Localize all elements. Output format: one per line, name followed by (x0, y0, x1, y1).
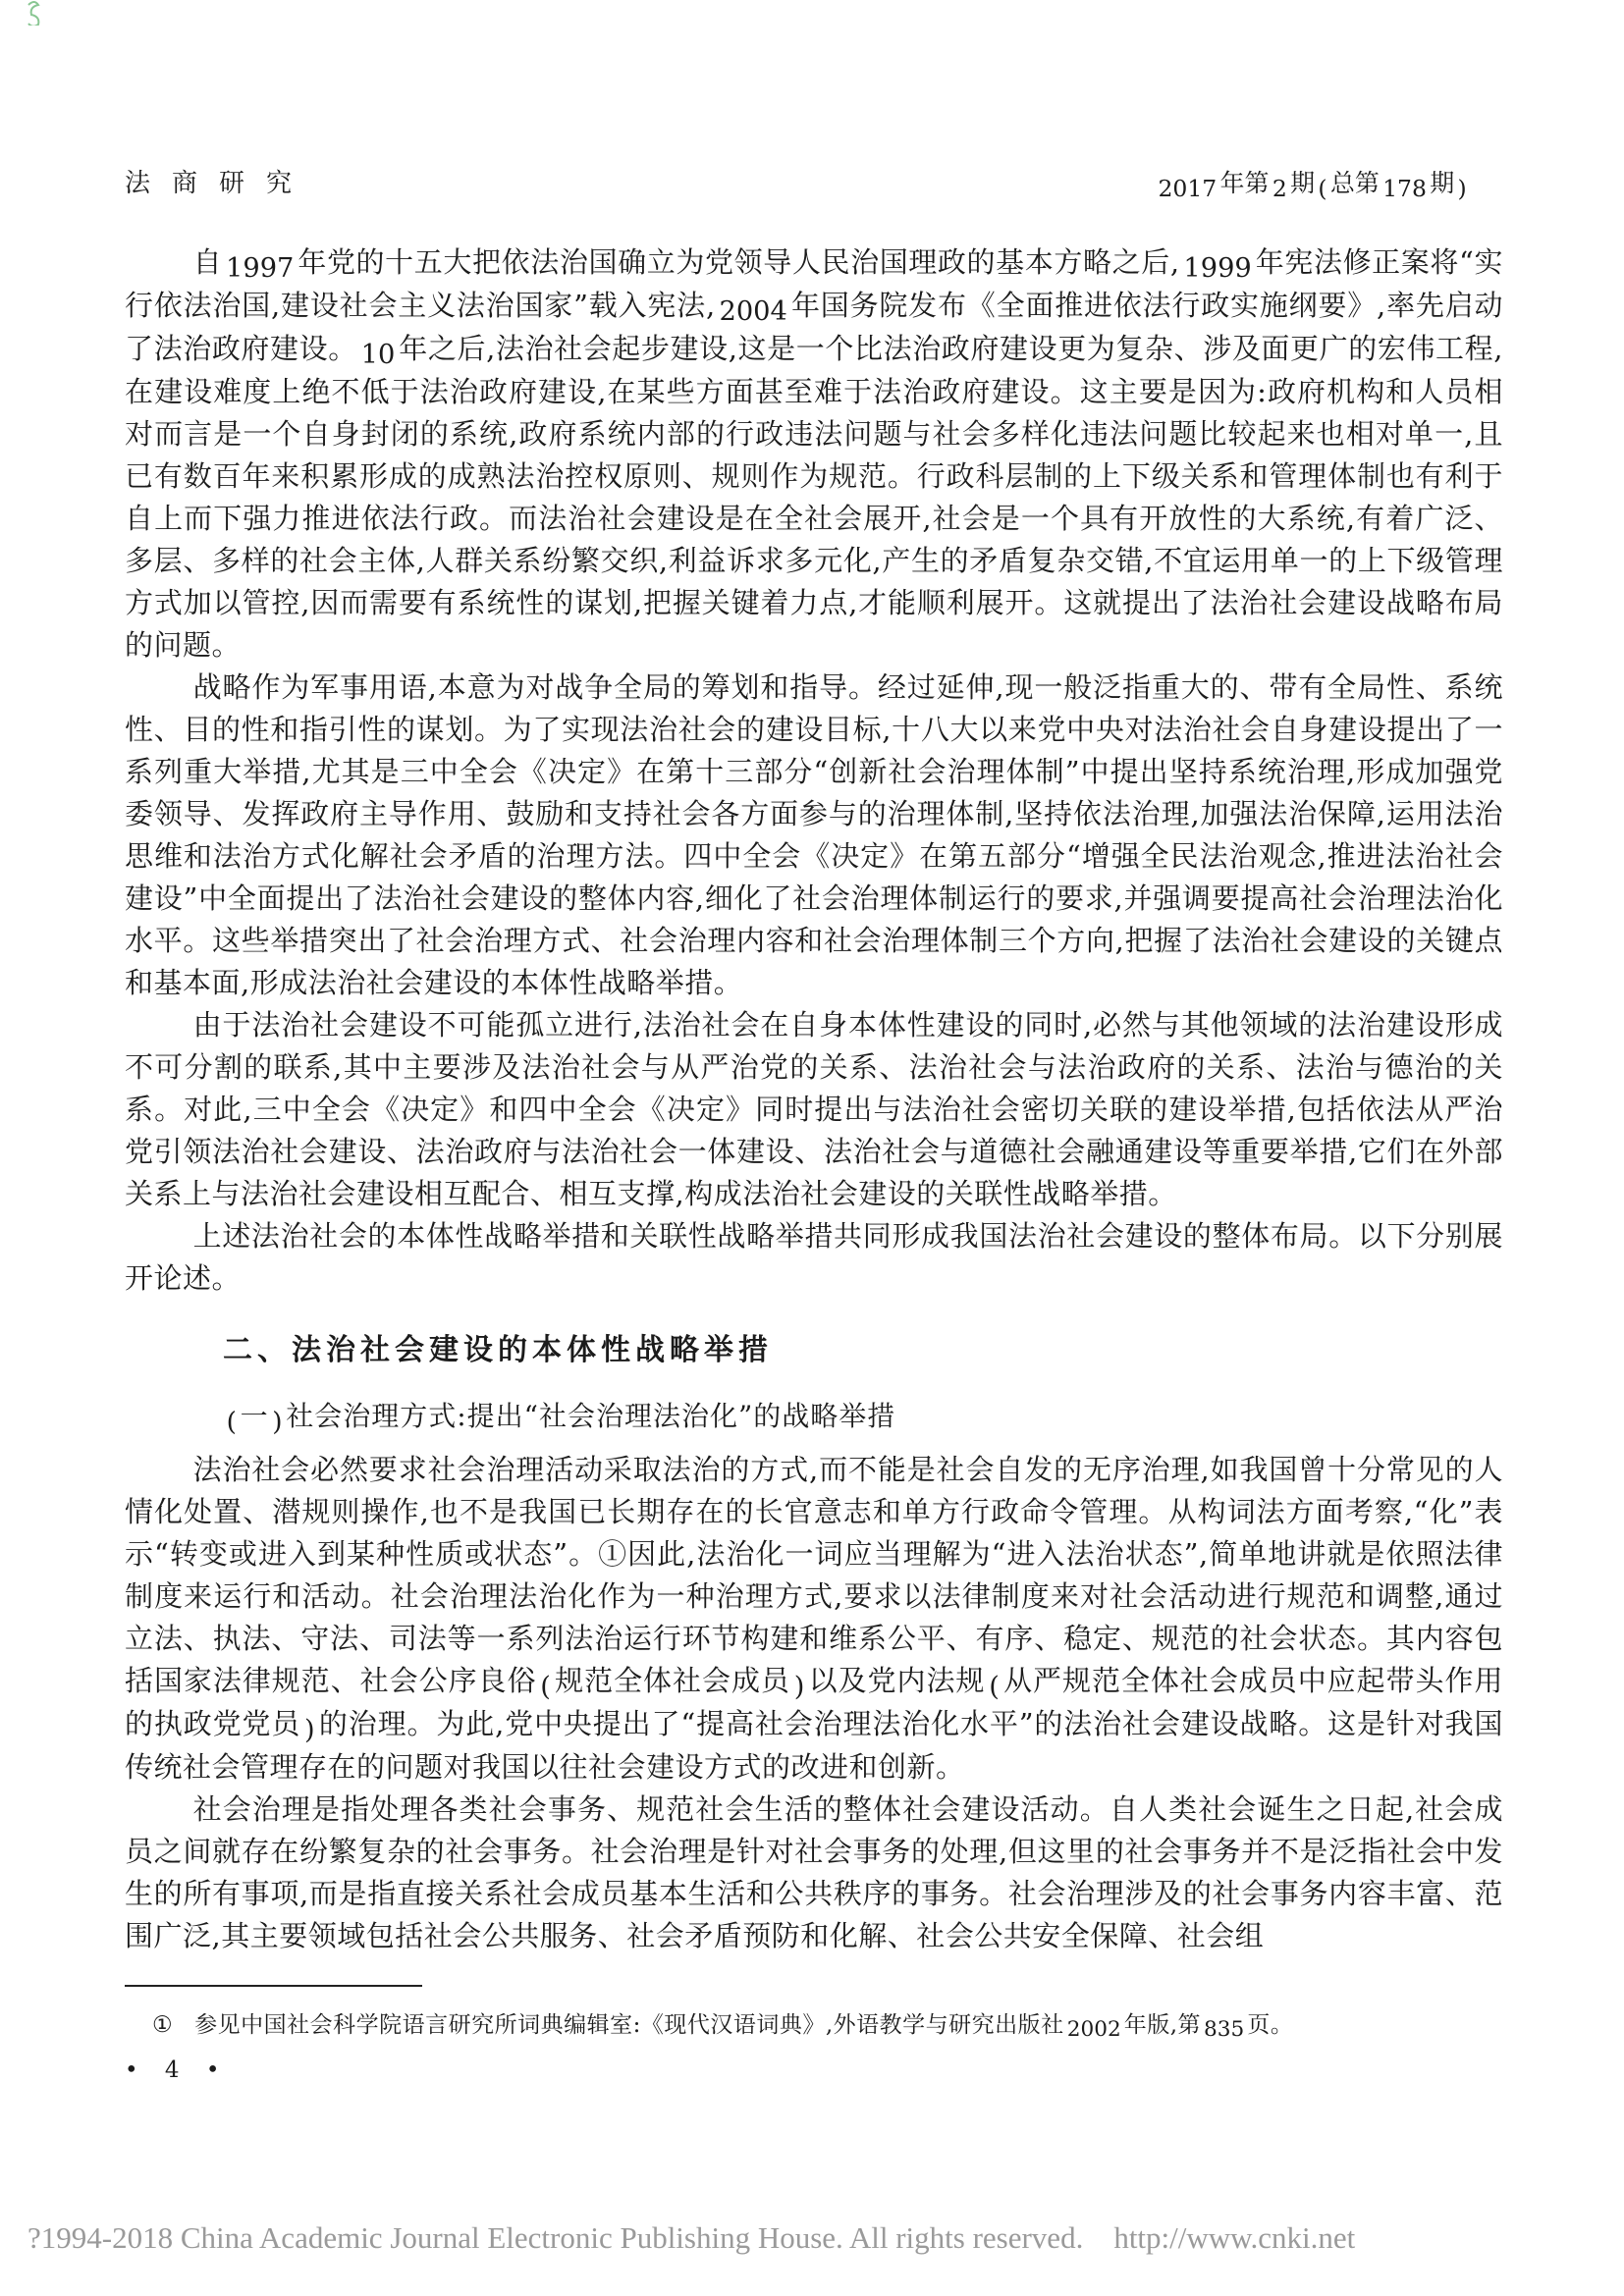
article-body: 自1997年党的十五大把依法治国确立为党领导人民治国理政的基本方略之后,1999… (125, 241, 1503, 1957)
paragraph: 法治社会必然要求社会治理活动采取法治的方式,而不能是社会自发的无序治理,如我国曾… (125, 1449, 1503, 1789)
document-page: 法商研究 2017年第2期(总第178期) 自1997年党的十五大把依法治国确立… (0, 0, 1624, 2296)
scan-artifact-icon (24, 0, 43, 29)
copyright-watermark: ?1994-2018 China Academic Journal Electr… (27, 2220, 1355, 2256)
paragraph: 上述法治社会的本体性战略举措和关联性战略举措共同形成我国法治社会建设的整体布局。… (125, 1215, 1503, 1300)
paragraph: 战略作为军事用语,本意为对战争全局的筹划和指导。经过延伸,现一般泛指重大的、带有… (125, 667, 1503, 1004)
section-heading: 二、法治社会建设的本体性战略举措 (125, 1329, 1503, 1371)
subsection-heading: (一)社会治理方式:提出“社会治理法治化”的战略举措 (125, 1395, 1503, 1439)
paragraph: 自1997年党的十五大把依法治国确立为党领导人民治国理政的基本方略之后,1999… (125, 241, 1503, 667)
footnote-marker: ① (152, 2012, 173, 2038)
page-number: • 4 • (125, 2057, 229, 2083)
footnote-separator (125, 1985, 422, 1987)
paragraph: 由于法治社会建设不可能孤立进行,法治社会在自身本体性建设的同时,必然与其他领域的… (125, 1004, 1503, 1215)
footnote-text: 参见中国社会科学院语言研究所词典编辑室:《现代汉语词典》,外语教学与研究出版社2… (194, 2012, 1293, 2038)
page-header: 法商研究 2017年第2期(总第178期) (125, 163, 1503, 199)
footnote: ①参见中国社会科学院语言研究所词典编辑室:《现代汉语词典》,外语教学与研究出版社… (125, 2008, 1531, 2043)
paragraph: 社会治理是指处理各类社会事务、规范社会生活的整体社会建设活动。自人类社会诞生之日… (125, 1789, 1503, 1957)
journal-title: 法商研究 (125, 163, 313, 199)
issue-info: 2017年第2期(总第178期) (1155, 164, 1503, 199)
